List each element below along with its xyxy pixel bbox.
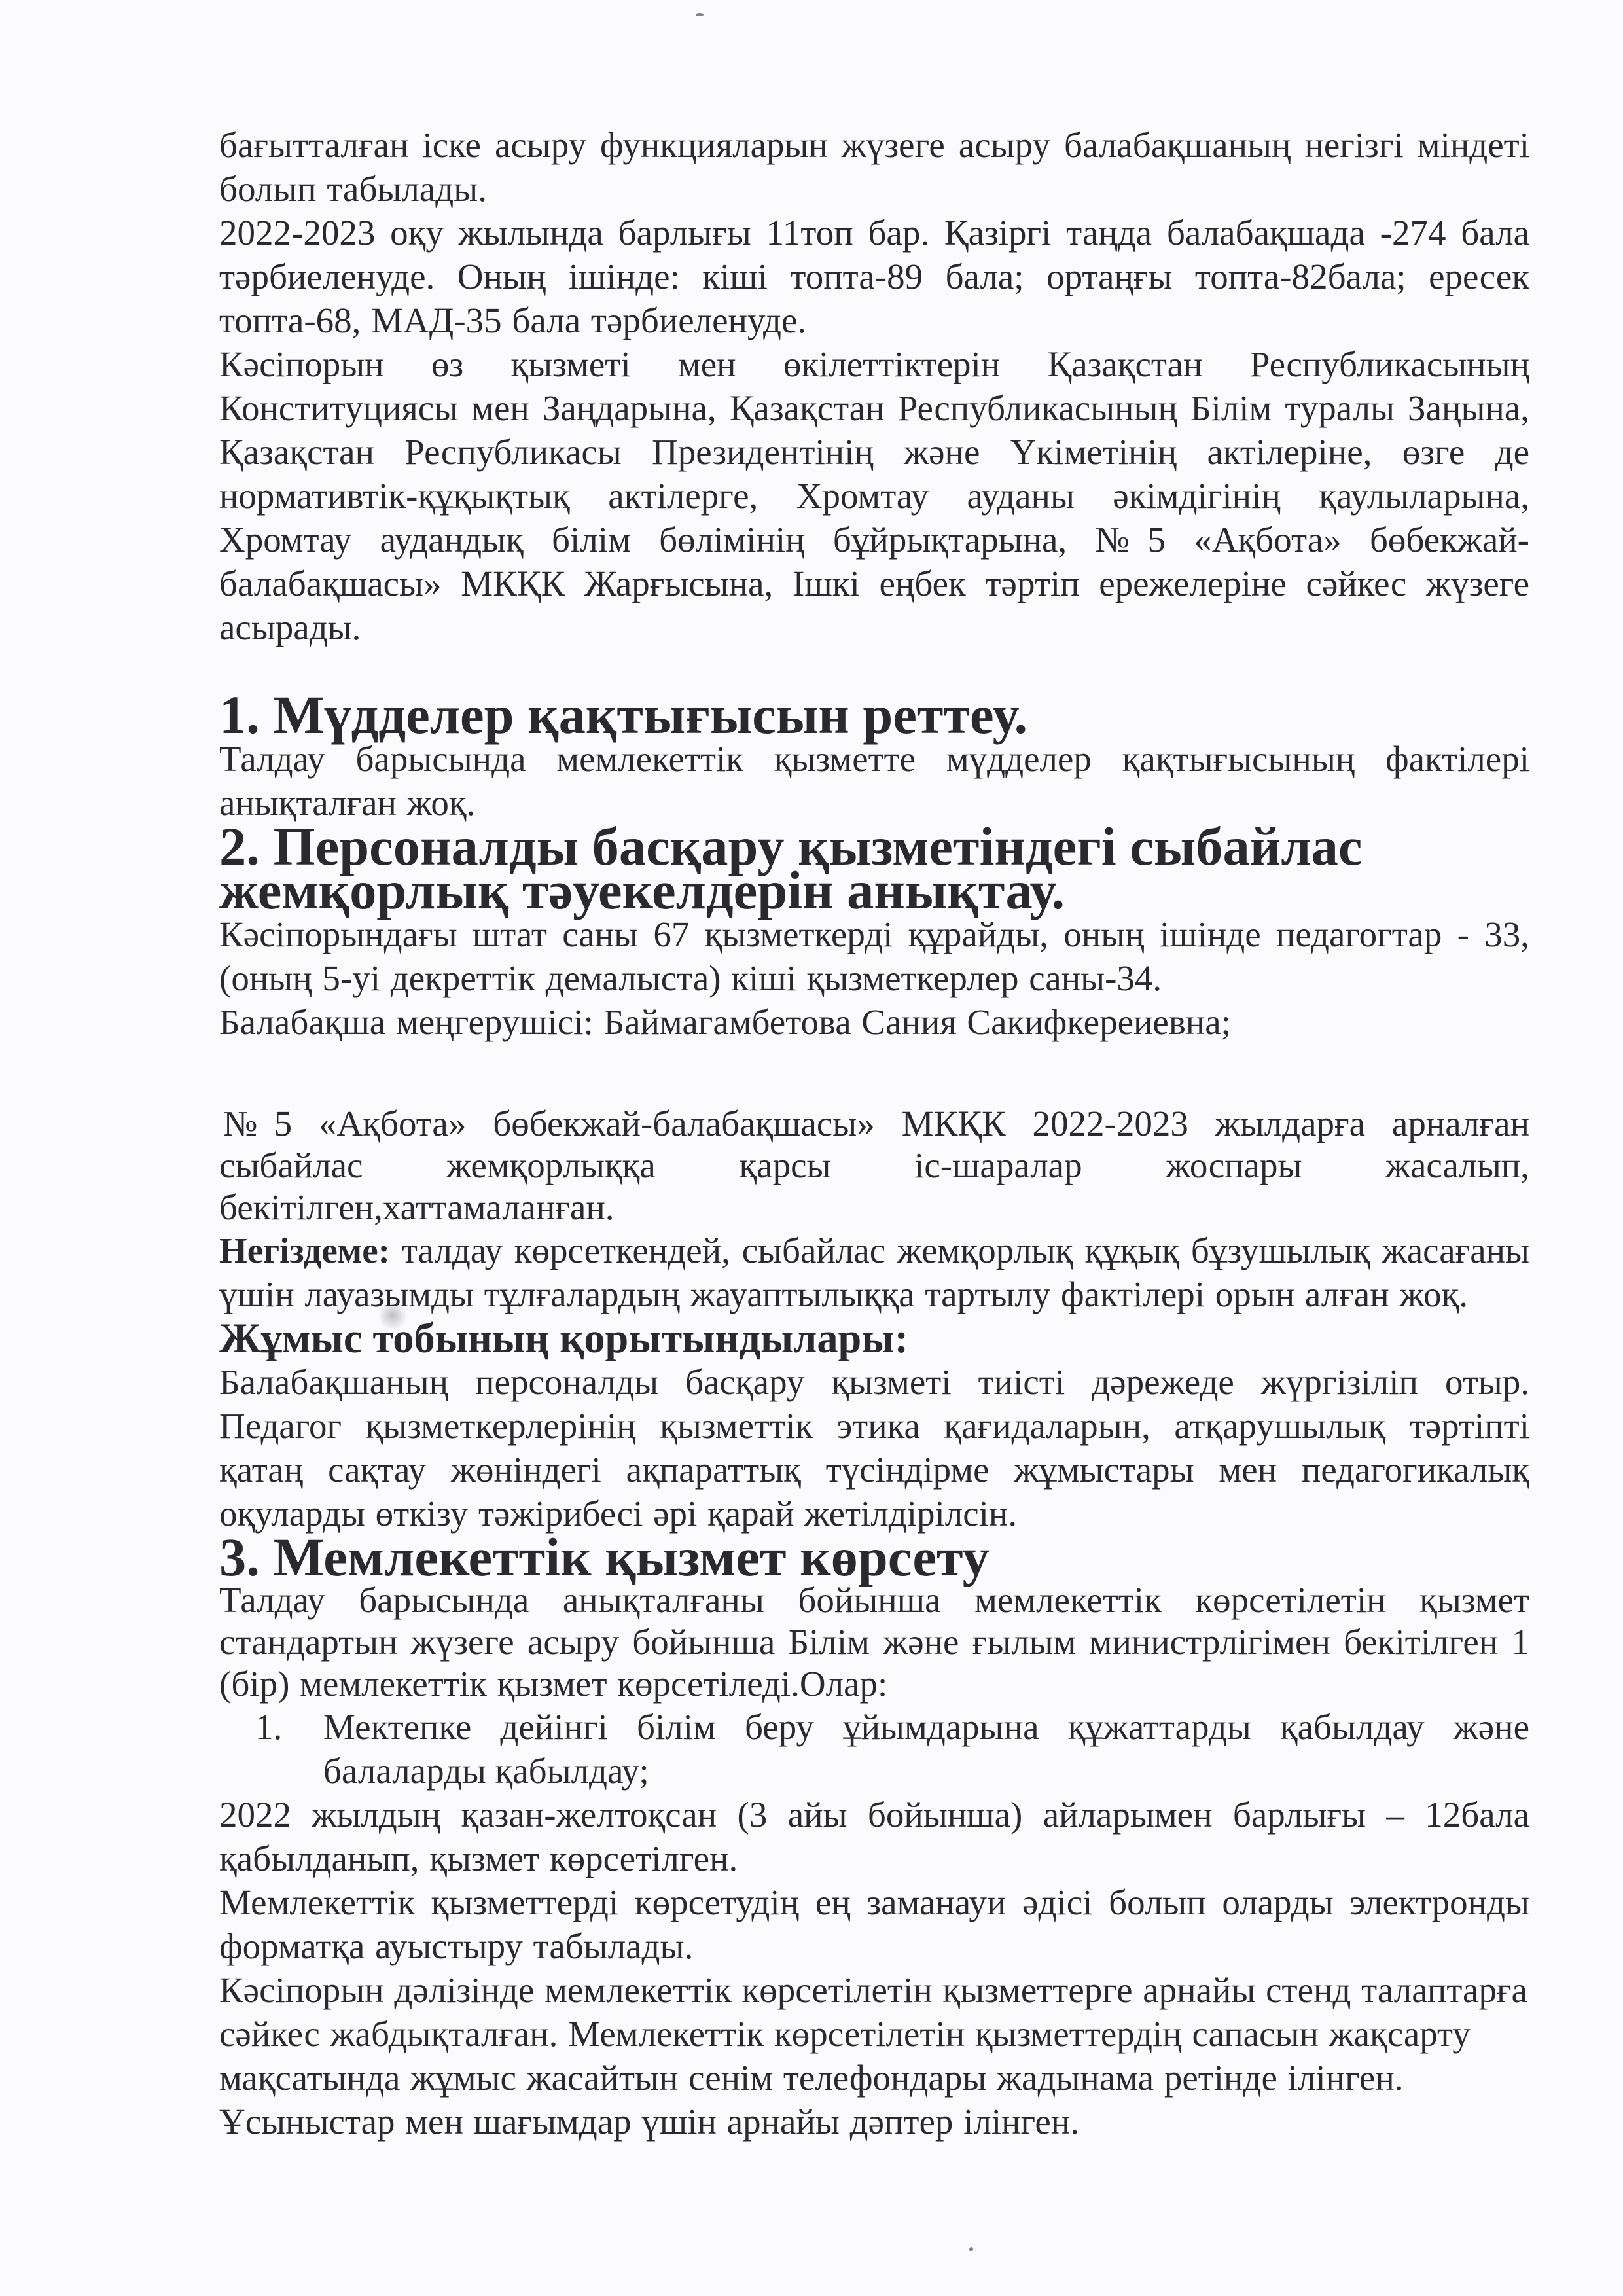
section-1-heading: 1. Мүдделер қақтығысын реттеу. — [219, 693, 1529, 737]
list-item-text: Мектепке дейінгі білім беру ұйымдарына қ… — [323, 1705, 1529, 1793]
section-2-basis: Негіздеме: талдау көрсеткендей, сыбайлас… — [219, 1229, 1529, 1316]
scan-speck-bottom — [969, 2247, 973, 2251]
spacer — [219, 1044, 1529, 1103]
section-3-modernization: Мемлекеттік қызметтерді көрсетудің ең за… — [219, 1880, 1529, 1968]
basis-label: Негіздеме: — [219, 1230, 390, 1270]
section-2-anti-corruption-plan: №5 «Ақбота» бөбекжай-балабақшасы» МКҚК 2… — [219, 1103, 1529, 1229]
section-3-heading: 3. Мемлекеттік қызмет көрсету — [219, 1535, 1529, 1579]
paragraph-intro-legal-basis: Кәсіпорын өз қызметі мен өкілеттіктерін … — [219, 342, 1529, 649]
services-list: 1. Мектепке дейінгі білім беру ұйымдарын… — [219, 1705, 1529, 1793]
list-item: 1. Мектепке дейінгі білім беру ұйымдарын… — [219, 1705, 1529, 1793]
working-group-conclusions-heading: Жұмыс тобының қорытындылары: — [219, 1316, 1529, 1360]
section-2-heading: 2. Персоналды басқару қызметіндегі сыбай… — [219, 825, 1529, 912]
section-3-body: Талдау барысында анықталғаны бойынша мем… — [219, 1579, 1529, 1705]
scan-speck-top — [696, 13, 704, 16]
paragraph-intro-purpose: бағытталған іске асыру функцияларын жүзе… — [219, 123, 1529, 211]
section-public-services: 3. Мемлекеттік қызмет көрсету Талдау бар… — [219, 1535, 1529, 2144]
section-2-head-of-kindergarten: Балабақша меңгерушісі: Баймагамбетова Са… — [219, 1000, 1529, 1044]
section-1-body: Талдау барысында мемлекеттік қызметте мү… — [219, 737, 1529, 825]
paragraph-intro-groups: 2022-2023 оқу жылында барлығы 11топ бар.… — [219, 211, 1529, 342]
document-page: бағытталған іске асыру функцияларын жүзе… — [219, 123, 1529, 2144]
list-item-number: 1. — [219, 1705, 323, 1793]
section-3-statistics: 2022 жылдың қазан-желтоқсан (3 айы бойын… — [219, 1793, 1529, 1880]
working-group-conclusions-body: Балабақшаның персоналды басқару қызметі … — [219, 1360, 1529, 1535]
section-conflict-of-interest: 1. Мүдделер қақтығысын реттеу. Талдау ба… — [219, 693, 1529, 825]
section-2-staff: Кәсіпорындағы штат саны 67 қызметкерді қ… — [219, 912, 1529, 1000]
section-3-information-stand: Кәсіпорын дәлізінде мемлекеттік көрсетіл… — [219, 1968, 1529, 2144]
basis-text: талдау көрсеткендей, сыбайлас жемқорлық … — [219, 1230, 1529, 1314]
section-personnel-corruption-risks: 2. Персоналды басқару қызметіндегі сыбай… — [219, 825, 1529, 1535]
